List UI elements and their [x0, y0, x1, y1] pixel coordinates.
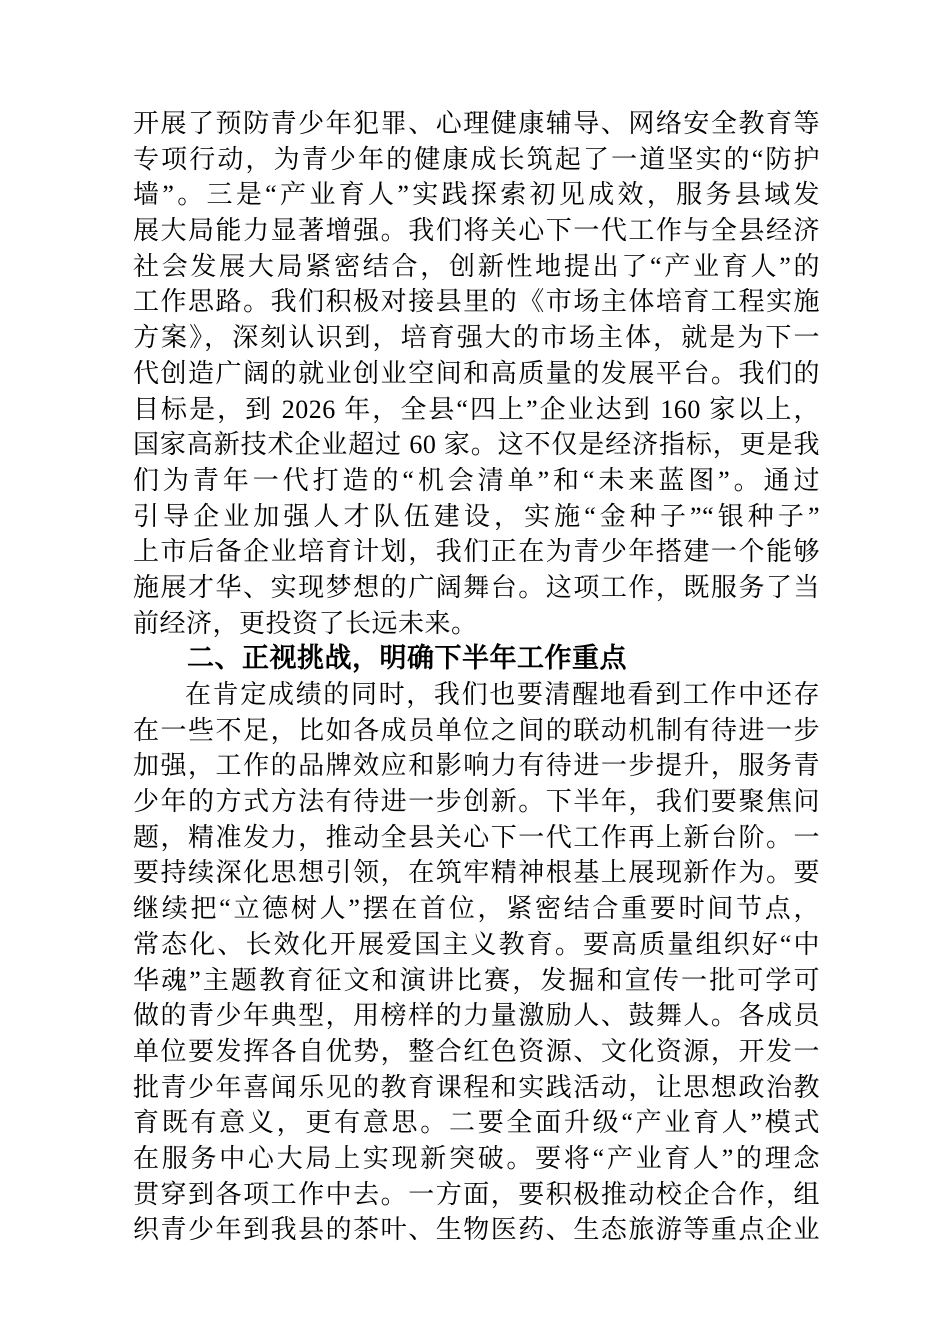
- text-line: 方案》，深刻认识到，培育强大的市场主体，就是为下一: [133, 320, 820, 356]
- text-line: 工作思路。我们积极对接县里的《市场主体培育工程实施: [133, 284, 820, 320]
- text-line: 国家高新技术企业超过 60 家。这不仅是经济指标，更是我: [133, 427, 820, 463]
- text-line: 做的青少年典型，用榜样的力量激励人、鼓舞人。各成员: [133, 998, 820, 1034]
- text-line: 华魂”主题教育征文和演讲比赛，发掘和宣传一批可学可: [133, 963, 820, 999]
- text-line: 育既有意义，更有意思。二要全面升级“产业育人”模式: [133, 1105, 820, 1141]
- text-line: 单位要发挥各自优势，整合红色资源、文化资源，开发一: [133, 1034, 820, 1070]
- text-line: 继续把“立德树人”摆在首位，紧密结合重要时间节点，: [133, 891, 820, 927]
- text-line: 施展才华、实现梦想的广阔舞台。这项工作，既服务了当: [133, 570, 820, 606]
- document-text-block: 开展了预防青少年犯罪、心理健康辅导、网络安全教育等专项行动，为青少年的健康成长筑…: [133, 106, 820, 1248]
- text-line: 展大局能力显著增强。我们将关心下一代工作与全县经济: [133, 213, 820, 249]
- text-line: 在服务中心大局上实现新突破。要将“产业育人”的理念: [133, 1141, 820, 1177]
- text-line: 专项行动，为青少年的健康成长筑起了一道坚实的“防护: [133, 142, 820, 178]
- text-line: 们为青年一代打造的“机会清单”和“未来蓝图”。通过: [133, 463, 820, 499]
- text-line: 少年的方式方法有待进一步创新。下半年，我们要聚焦问: [133, 784, 820, 820]
- text-line: 开展了预防青少年犯罪、心理健康辅导、网络安全教育等: [133, 106, 820, 142]
- text-line: 前经济，更投资了长远未来。: [133, 606, 820, 642]
- text-line: 要持续深化思想引领，在筑牢精神根基上展现新作为。要: [133, 855, 820, 891]
- text-line: 贯穿到各项工作中去。一方面，要积极推动校企合作，组: [133, 1177, 820, 1213]
- document-page: 开展了预防青少年犯罪、心理健康辅导、网络安全教育等专项行动，为青少年的健康成长筑…: [0, 0, 950, 1344]
- text-line: 加强，工作的品牌效应和影响力有待进一步提升，服务青: [133, 748, 820, 784]
- text-line: 织青少年到我县的茶叶、生物医药、生态旅游等重点企业: [133, 1212, 820, 1248]
- text-line: 在一些不足，比如各成员单位之间的联动机制有待进一步: [133, 713, 820, 749]
- text-line: 批青少年喜闻乐见的教育课程和实践活动，让思想政治教: [133, 1070, 820, 1106]
- text-line: 目标是，到 2026 年，全县“四上”企业达到 160 家以上，: [133, 392, 820, 428]
- text-line: 上市后备企业培育计划，我们正在为青少年搭建一个能够: [133, 534, 820, 570]
- text-line: 墙”。三是“产业育人”实践探索初见成效，服务县域发: [133, 177, 820, 213]
- text-line: 社会发展大局紧密结合，创新性地提出了“产业育人”的: [133, 249, 820, 285]
- text-line: 代创造广阔的就业创业空间和高质量的发展平台。我们的: [133, 356, 820, 392]
- text-line: 在肯定成绩的同时，我们也要清醒地看到工作中还存: [133, 677, 820, 713]
- text-line: 题，精准发力，推动全县关心下一代工作再上新台阶。一: [133, 820, 820, 856]
- text-line: 引导企业加强人才队伍建设，实施“金种子”“银种子”: [133, 499, 820, 535]
- text-line: 常态化、长效化开展爱国主义教育。要高质量组织好“中: [133, 927, 820, 963]
- section-heading: 二、正视挑战，明确下半年工作重点: [133, 641, 820, 677]
